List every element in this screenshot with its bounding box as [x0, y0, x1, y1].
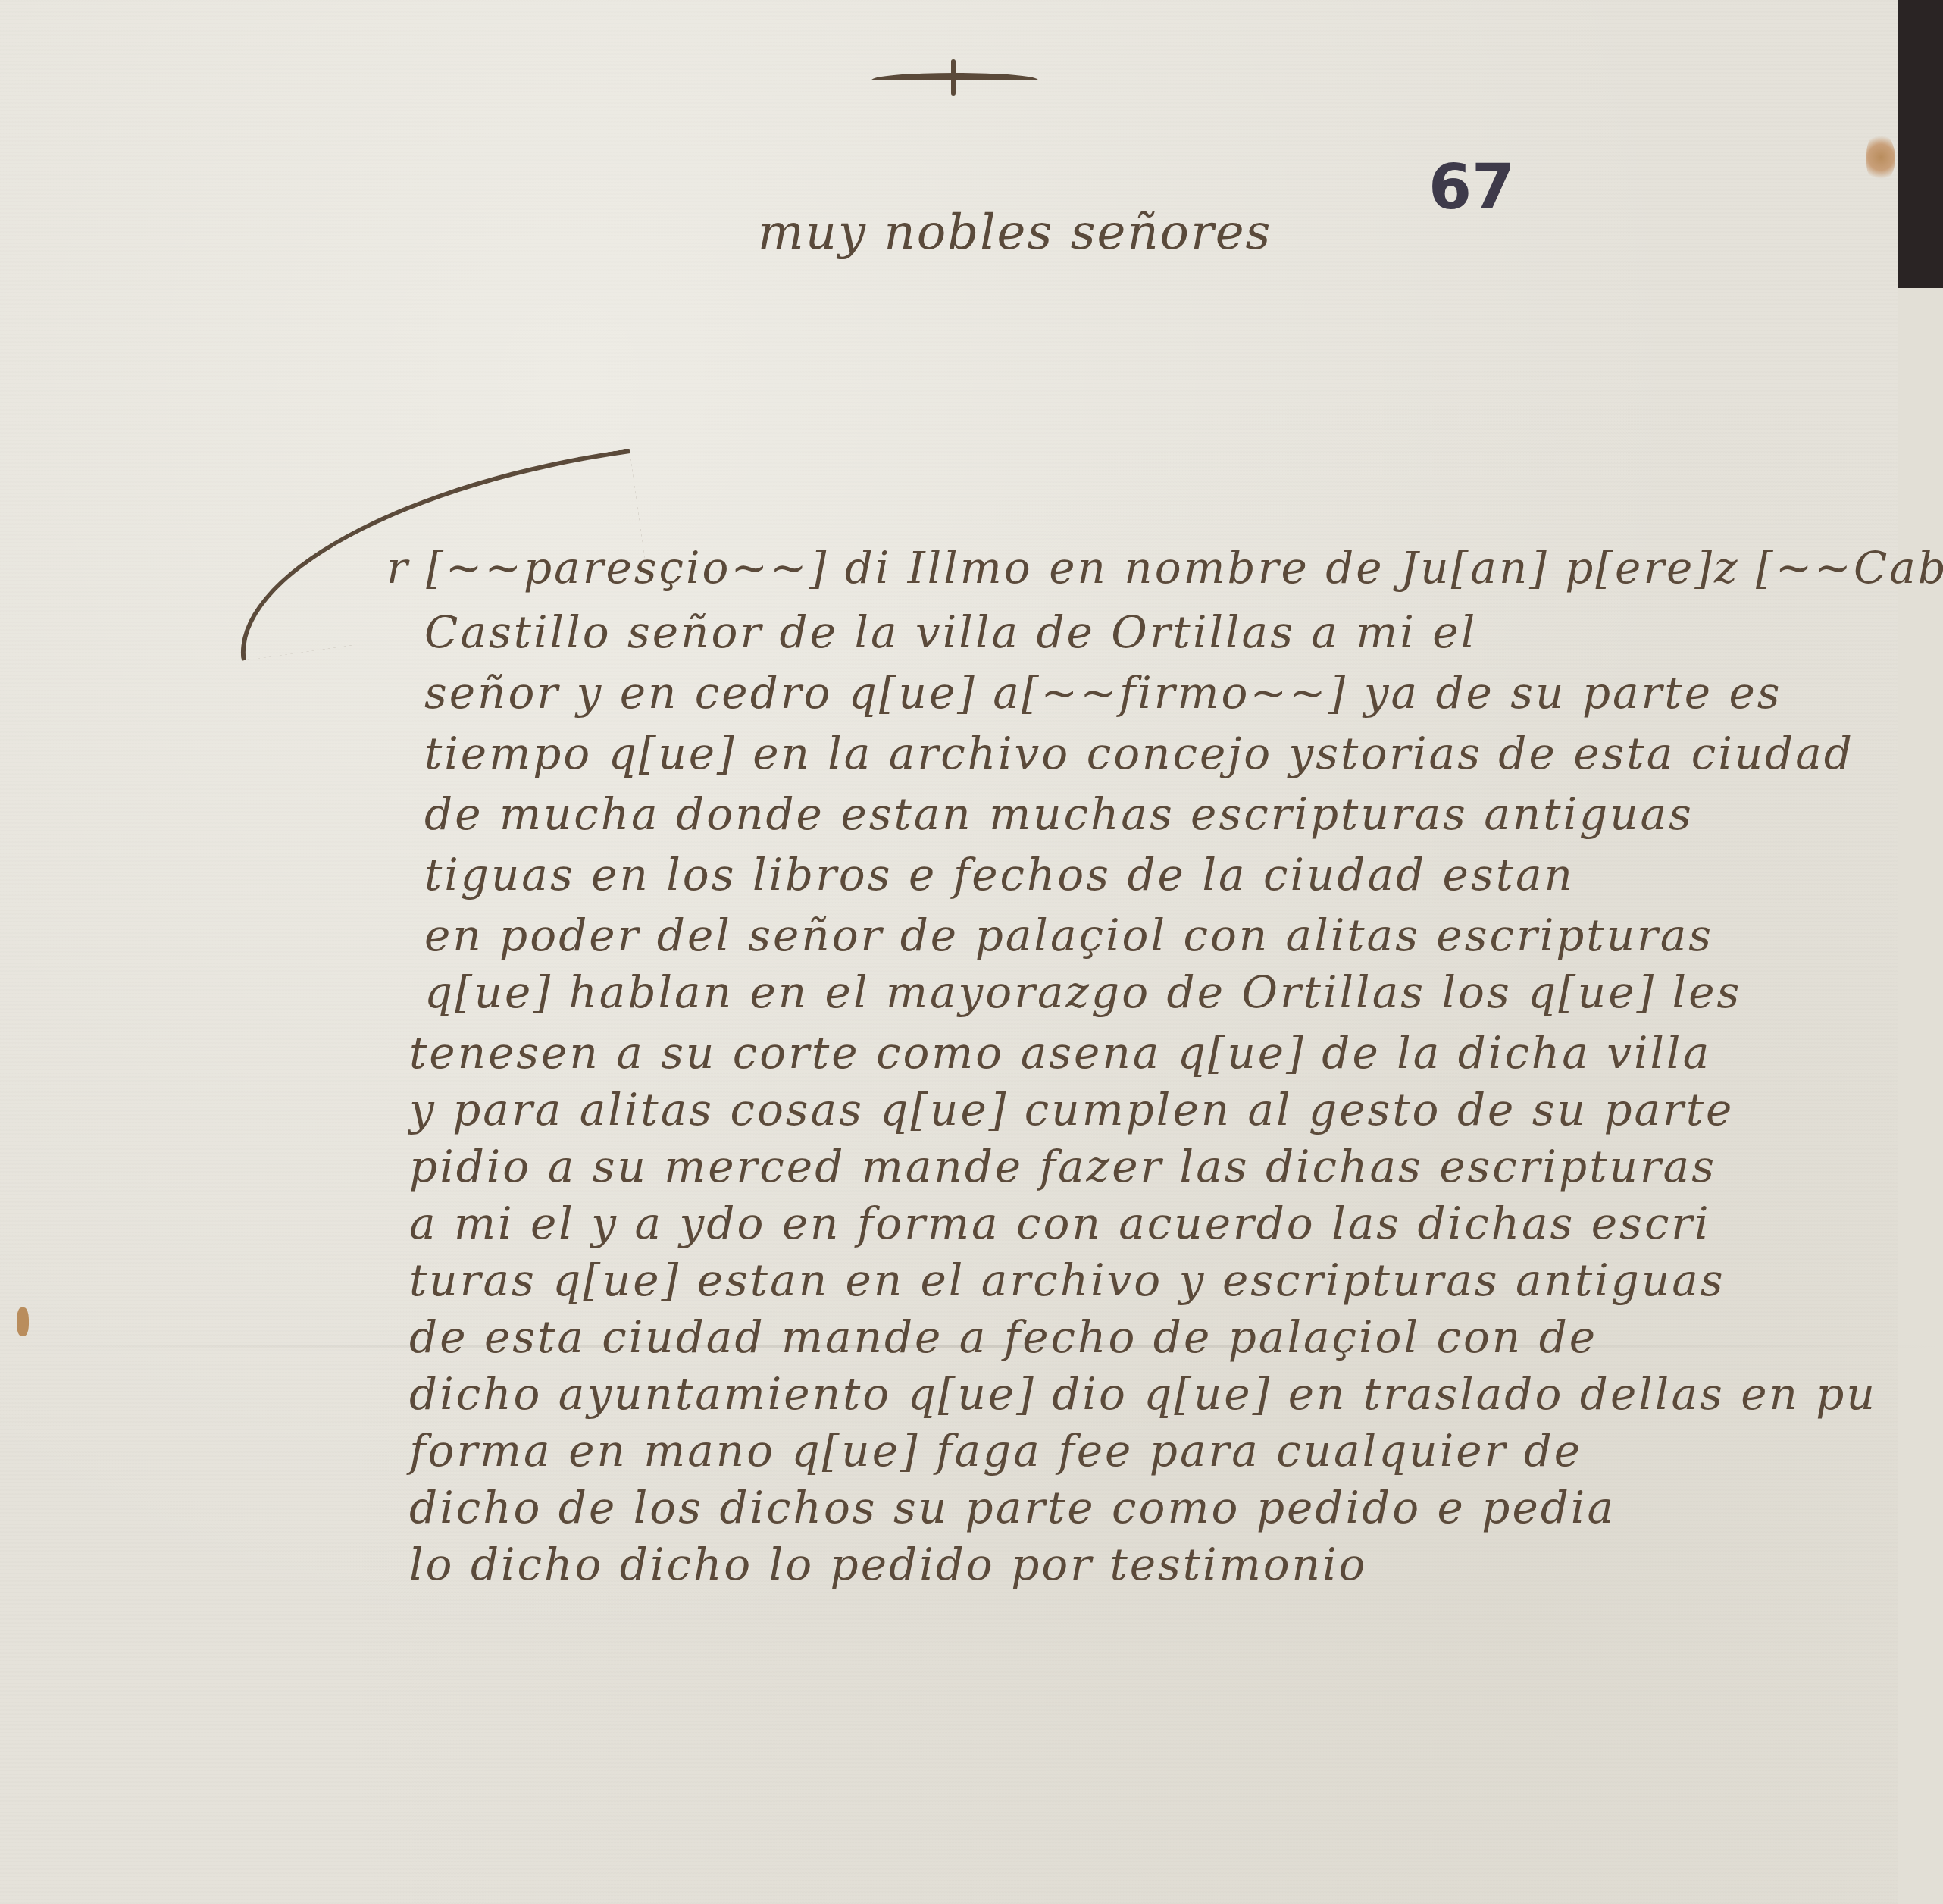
body-line: pidio a su merced mande fazer las dichas…	[409, 1141, 1716, 1192]
foxing-stain-left-margin	[17, 1307, 29, 1336]
cross-invocation-mark	[871, 59, 1038, 105]
body-line: Castillo señor de la villa de Ortillas a…	[424, 606, 1477, 658]
body-line: en poder del señor de palaçiol con alita…	[424, 910, 1713, 961]
body-line: tiempo q[ue] en la archivo concejo ystor…	[424, 728, 1854, 779]
body-line: tiguas en los libros e fechos de la ciud…	[424, 849, 1575, 900]
body-line: dicho de los dichos su parte como pedido…	[409, 1482, 1616, 1533]
folio-number: 67	[1428, 152, 1515, 224]
body-line: turas q[ue] estan en el archivo y escrip…	[409, 1254, 1726, 1306]
body-line: de mucha donde estan muchas escripturas …	[424, 788, 1694, 840]
body-line: señor y en cedro q[ue] a[~~firmo~~] ya d…	[424, 667, 1782, 719]
letter-salutation: muy nobles señores	[758, 205, 1272, 261]
cross-stem	[951, 59, 956, 96]
body-line: de esta ciudad mande a fecho de palaçiol…	[409, 1311, 1597, 1363]
body-line: forma en mano q[ue] faga fee para cualqu…	[409, 1425, 1582, 1477]
foxing-stain-top-right	[1866, 133, 1895, 182]
body-line: a mi el y a ydo en forma con acuerdo las…	[409, 1198, 1711, 1249]
body-line: r [~~paresçio~~] di Illmo en nombre de J…	[386, 542, 1943, 593]
page-edge-fragment	[1898, 288, 1943, 1904]
body-line: tenesen a su corte como asena q[ue] de l…	[409, 1027, 1711, 1079]
body-line: lo dicho dicho lo pedido por testimonio	[409, 1539, 1367, 1590]
body-line: q[ue] hablan en el mayorazgo de Ortillas…	[424, 966, 1741, 1018]
body-line: y para alitas cosas q[ue] cumplen al ges…	[409, 1084, 1734, 1135]
body-line: dicho ayuntamiento q[ue] dio q[ue] en tr…	[409, 1368, 1877, 1420]
